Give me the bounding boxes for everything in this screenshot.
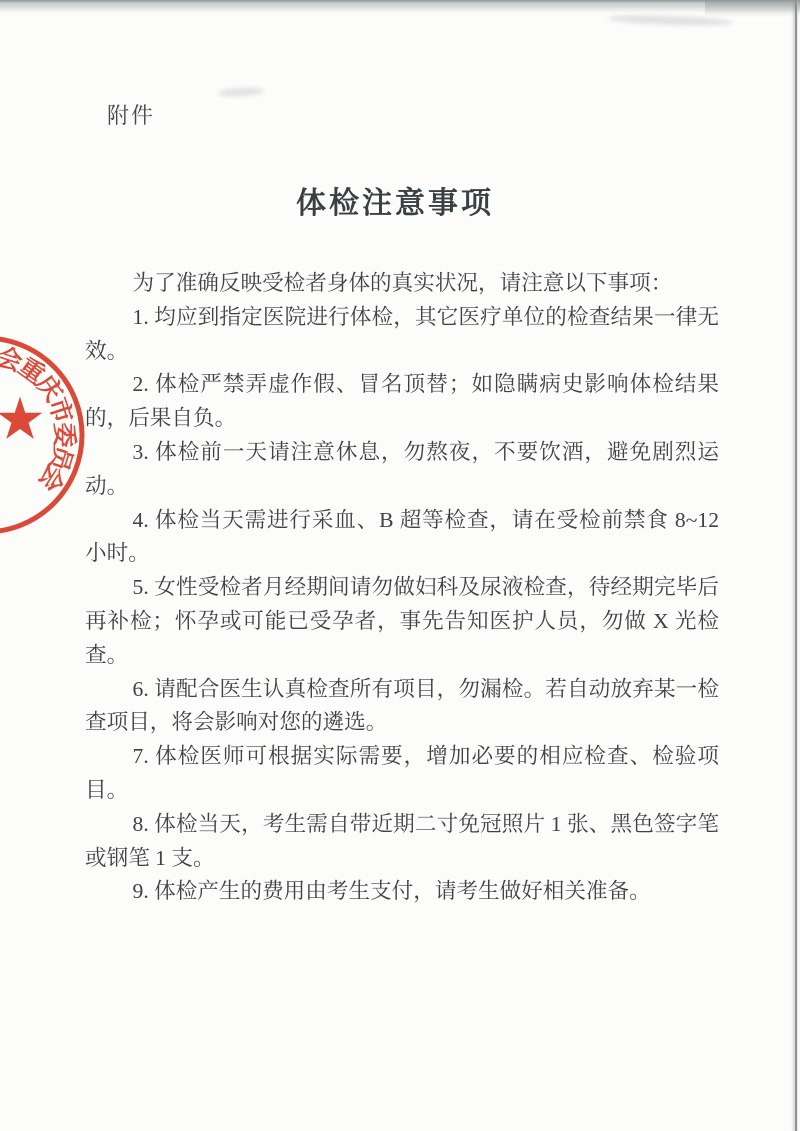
scan-edge-top [0, 0, 800, 13]
seal-char: 委 [50, 422, 78, 447]
seal-char: 庆 [30, 370, 68, 407]
notice-item-4: 4. 体检当天需进行采血、B 超等检查，请在受检前禁食 8~12 小时。 [85, 504, 719, 572]
star-icon [0, 397, 42, 439]
notice-item-2: 2. 体检严禁弄虚作假、冒名顶替；如隐瞒病史影响体检结果的，后果自负。 [85, 368, 719, 436]
notice-item-6: 6. 请配合医生认真检查所有项目，勿漏检。若自动放弃某一检查项目，将会影响对您的… [85, 673, 719, 741]
intro-paragraph: 为了准确反映受检者身体的真实状况，请注意以下事项： [85, 267, 719, 301]
notice-item-3: 3. 体检前一天请注意休息，勿熬夜，不要饮酒，避免剧烈运动。 [85, 436, 719, 504]
notice-item-1: 1. 均应到指定医院进行体检，其它医疗单位的检查结果一律无效。 [85, 301, 719, 369]
seal-char: 会 [0, 342, 26, 377]
notice-item-9: 9. 体检产生的费用由考生支付，请考生做好相关准备。 [85, 875, 719, 909]
seal-char: 重 [13, 352, 50, 389]
notice-item-5: 5. 女性受检者月经期间请勿做妇科及尿液检查，待经期完毕后再补检；怀孕或可能已受… [85, 571, 719, 672]
scan-edge-right [795, 0, 798, 1131]
seal-char: 会 [33, 460, 71, 497]
document-page: 附件 体检注意事项 为了准确反映受检者身体的真实状况，请注意以下事项： 1. 均… [0, 0, 800, 1131]
attachment-label: 附件 [107, 99, 155, 130]
scan-smudge [608, 14, 733, 27]
scan-smudge [218, 87, 264, 97]
notice-body: 为了准确反映受检者身体的真实状况，请注意以下事项： 1. 均应到指定医院进行体检… [85, 267, 719, 909]
page-title: 体检注意事项 [0, 178, 790, 222]
seal-arc-text: 会 重 庆 市 委 员 会 [0, 342, 78, 497]
seal-char: 市 [43, 394, 77, 426]
scan-corner-top-right [705, 0, 800, 20]
seal-border [0, 338, 82, 532]
notice-item-8: 8. 体检当天，考生需自带近期二寸免冠照片 1 张、黑色签字笔或钢笔 1 支。 [85, 808, 719, 876]
seal-char: 员 [43, 442, 78, 476]
notice-item-7: 7. 体检医师可根据实际需要，增加必要的相应检查、检验项目。 [85, 740, 719, 808]
